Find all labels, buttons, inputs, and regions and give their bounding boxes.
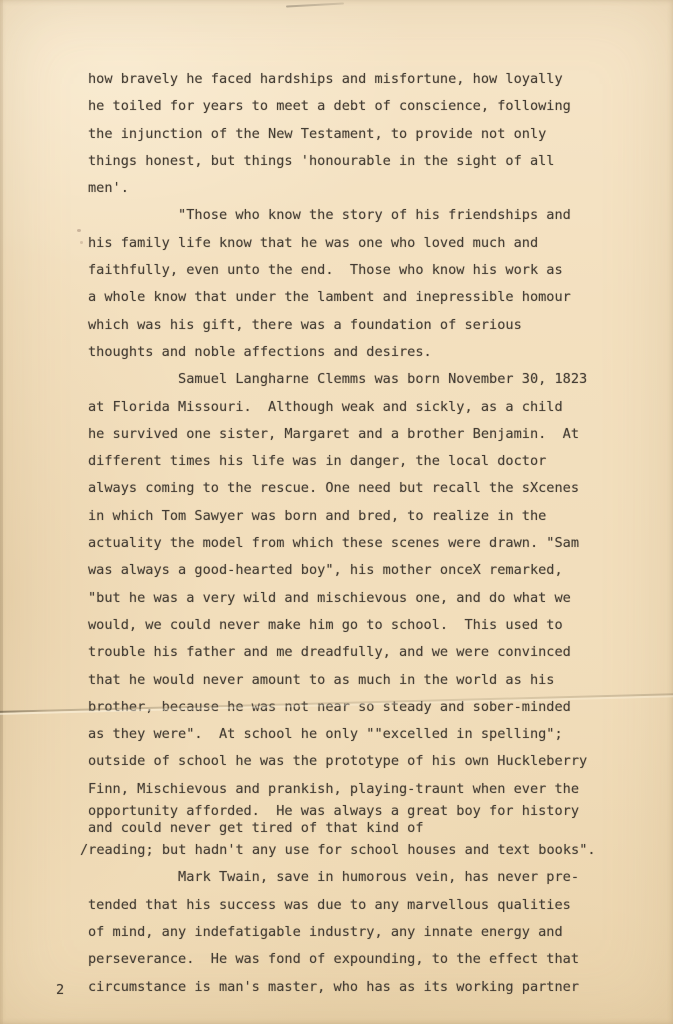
scan-edge-shading [0, 0, 3, 1024]
text-line: different times his life was in danger, … [88, 448, 608, 475]
text-line: he toiled for years to meet a debt of co… [88, 93, 608, 120]
text-line: Samuel Langharne Clemms was born Novembe… [88, 366, 608, 393]
text-line: of mind, any indefatigable industry, any… [88, 919, 608, 946]
text-line: Finn, Mischievous and prankish, playing-… [88, 776, 608, 803]
text-line: always coming to the rescue. One need bu… [88, 475, 608, 502]
text-line: he survived one sister, Margaret and a b… [88, 421, 608, 448]
text-line: and could never get tired of that kind o… [88, 820, 608, 837]
page-number: 2 [56, 982, 64, 998]
paper-speck [77, 229, 81, 232]
text-line: how bravely he faced hardships and misfo… [88, 66, 608, 93]
text-line: at Florida Missouri. Although weak and s… [88, 394, 608, 421]
text-line: trouble his father and me dreadfully, an… [88, 639, 608, 666]
text-line: things honest, but things 'honourable in… [88, 148, 608, 175]
paper-speck [80, 241, 83, 244]
scratch-mark [286, 2, 344, 7]
text-line: which was his gift, there was a foundati… [88, 312, 608, 339]
text-line: outside of school he was the prototype o… [88, 748, 608, 775]
text-line: men'. [88, 175, 608, 202]
text-line: a whole know that under the lambent and … [88, 284, 608, 311]
text-line: the injunction of the New Testament, to … [88, 121, 608, 148]
text-line: his family life know that he was one who… [88, 230, 608, 257]
typed-text-block: how bravely he faced hardships and misfo… [88, 66, 608, 1001]
text-line: Mark Twain, save in humorous vein, has n… [88, 864, 608, 891]
text-line: was always a good-hearted boy", his moth… [88, 557, 608, 584]
text-line: circumstance is man's master, who has as… [88, 974, 608, 1001]
text-line: actuality the model from which these sce… [88, 530, 608, 557]
text-line: perseverance. He was fond of expounding,… [88, 946, 608, 973]
text-line: would, we could never make him go to sch… [88, 612, 608, 639]
text-line: thoughts and noble affections and desire… [88, 339, 608, 366]
text-line: as they were". At school he only ""excel… [88, 721, 608, 748]
text-line: "Those who know the story of his friends… [88, 202, 608, 229]
text-line: that he would never amount to as much in… [88, 667, 608, 694]
text-line: opportunity afforded. He was always a gr… [88, 803, 608, 820]
text-line: faithfully, even unto the end. Those who… [88, 257, 608, 284]
text-line: /reading; but hadn't any use for school … [80, 837, 608, 864]
text-line: tended that his success was due to any m… [88, 892, 608, 919]
scanned-page: how bravely he faced hardships and misfo… [0, 0, 673, 1024]
text-line: "but he was a very wild and mischievous … [88, 585, 608, 612]
text-line: in which Tom Sawyer was born and bred, t… [88, 503, 608, 530]
